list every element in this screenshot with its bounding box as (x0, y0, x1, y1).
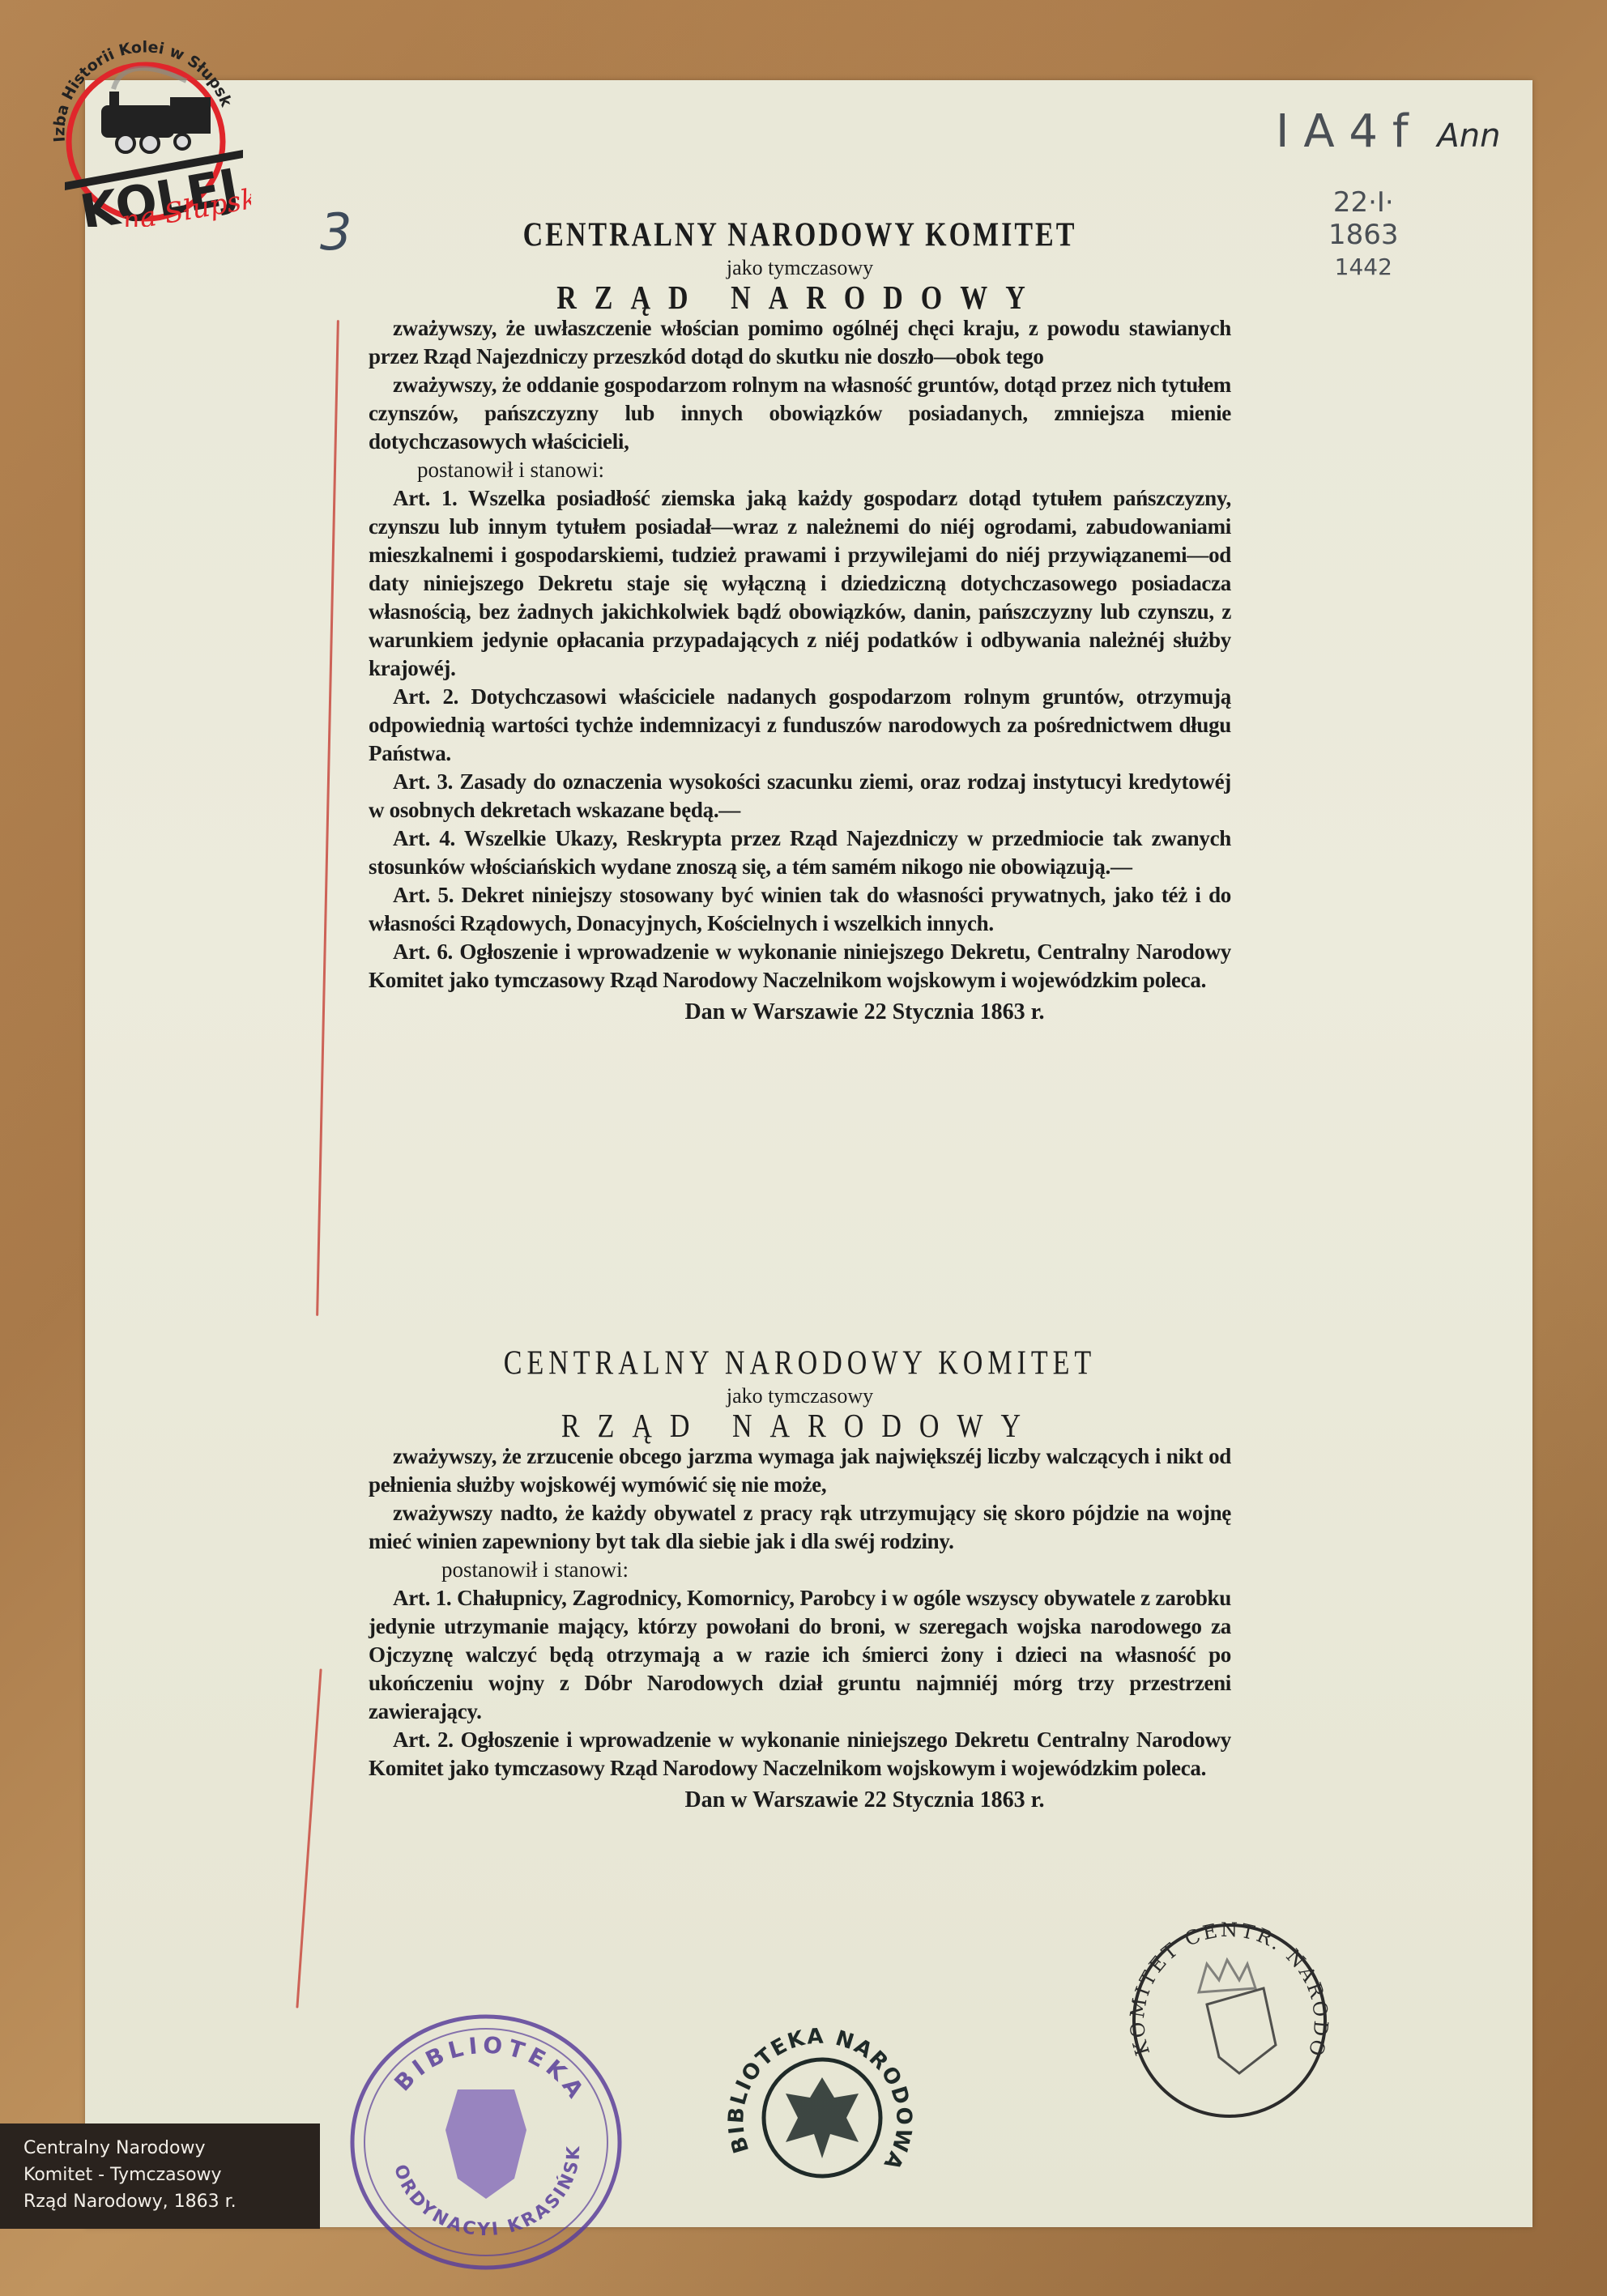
decree-2-preamble-2: zważywszy nadto, że każdy obywatel z pra… (369, 1499, 1231, 1556)
shield-icon (1207, 1988, 1276, 2073)
decree-2-article-2: Art. 2. Ogłoszenie i wprowadzenie w wyko… (369, 1726, 1231, 1783)
caption-box: Centralny Narodowy Komitet - Tymczasowy … (0, 2123, 320, 2229)
stamp-biblioteka-narodowa: BIBLIOTEKA NARODOWA + (725, 2021, 919, 2215)
decree-1-date: Dan w Warszawie 22 Stycznia 1863 r. (369, 999, 1231, 1025)
decree-2-title: CENTRALNY NARODOWY KOMITET (369, 1344, 1231, 1383)
date-line-3: 1442 (1328, 251, 1399, 283)
stamp-3-text: KOMITET CENTR. NARODOWY (1126, 1915, 1332, 2061)
decree-1-title: CENTRALNY NARODOWY KOMITET (369, 216, 1231, 255)
decree-1-preamble-2: zważywszy, że oddanie gospodarzom rolnym… (369, 371, 1231, 456)
handwritten-reference: I A 4 f Ann (1276, 109, 1500, 155)
decree-1-subtitle: jako tymczasowy (369, 256, 1231, 280)
decree-1-resolution: postanowił i stanowi: (369, 458, 1231, 483)
decree-2-heading: RZĄD NARODOWY (369, 1408, 1231, 1446)
decree-2-resolution: postanowił i stanowi: (369, 1557, 1231, 1582)
handwritten-page-number: 3 (320, 202, 352, 262)
decree-2-date: Dan w Warszawie 22 Stycznia 1863 r. (369, 1787, 1231, 1813)
caption-line-3: Rząd Narodowy, 1863 r. (23, 2188, 320, 2215)
date-line-1: 22·I· (1328, 186, 1399, 219)
handwritten-date: 22·I· 1863 1442 (1328, 186, 1399, 283)
decree-1-article-2: Art. 2. Dotychczasowi właściciele nadany… (369, 683, 1231, 768)
decree-2-preamble-1: zważywszy, że zrzucenie obcego jarzma wy… (369, 1442, 1231, 1499)
reference-code: I A 4 f (1276, 105, 1409, 158)
coat-of-arms-icon (445, 2089, 526, 2199)
eagle-icon (786, 2077, 859, 2158)
decree-2-article-1: Art. 1. Chałupnicy, Zagrodnicy, Komornic… (369, 1584, 1231, 1726)
decree-1-article-4: Art. 4. Wszelkie Ukazy, Reskrypta przez … (369, 824, 1231, 881)
svg-text:KOMITET CENTR. NARODOWY: KOMITET CENTR. NARODOWY (1126, 1915, 1332, 2061)
decree-1-article-3: Art. 3. Zasady do oznaczenia wysokości s… (369, 768, 1231, 824)
decree-1-heading: RZĄD NARODOWY (369, 280, 1231, 317)
caption-line-2: Komitet - Tymczasowy (23, 2162, 320, 2188)
decree-1-article-1: Art. 1. Wszelka posiadłość ziemska jaką … (369, 484, 1231, 683)
decree-1-article-6: Art. 6. Ogłoszenie i wprowadzenie w wyko… (369, 938, 1231, 995)
decree-1-preamble-1: zważywszy, że uwłaszczenie włościan pomi… (369, 314, 1231, 371)
signature: Ann (1437, 117, 1500, 155)
caption-line-1: Centralny Narodowy (23, 2135, 320, 2162)
decree-2-subtitle: jako tymczasowy (369, 1384, 1231, 1408)
stamp-biblioteka-ordynacyi-krasinskich: BIBLIOTEKA ORDYNACYI KRASIŃSKICH (344, 2008, 628, 2276)
decree-1-article-5: Art. 5. Dekret niniejszy stosowany być w… (369, 881, 1231, 938)
date-line-2: 1863 (1328, 219, 1399, 251)
decree-1: CENTRALNY NARODOWY KOMITET jako tymczaso… (369, 220, 1231, 1048)
decree-2: CENTRALNY NARODOWY KOMITET jako tymczaso… (369, 1348, 1231, 1836)
kolej-na-slupsk-logo: Izba Historii Kolei w Słupsku KOLEJ na S… (32, 20, 251, 227)
stamp-komitet-centralny-narodowy: KOMITET CENTR. NARODOWY (1126, 1915, 1336, 2126)
crown-icon (1199, 1960, 1255, 1992)
